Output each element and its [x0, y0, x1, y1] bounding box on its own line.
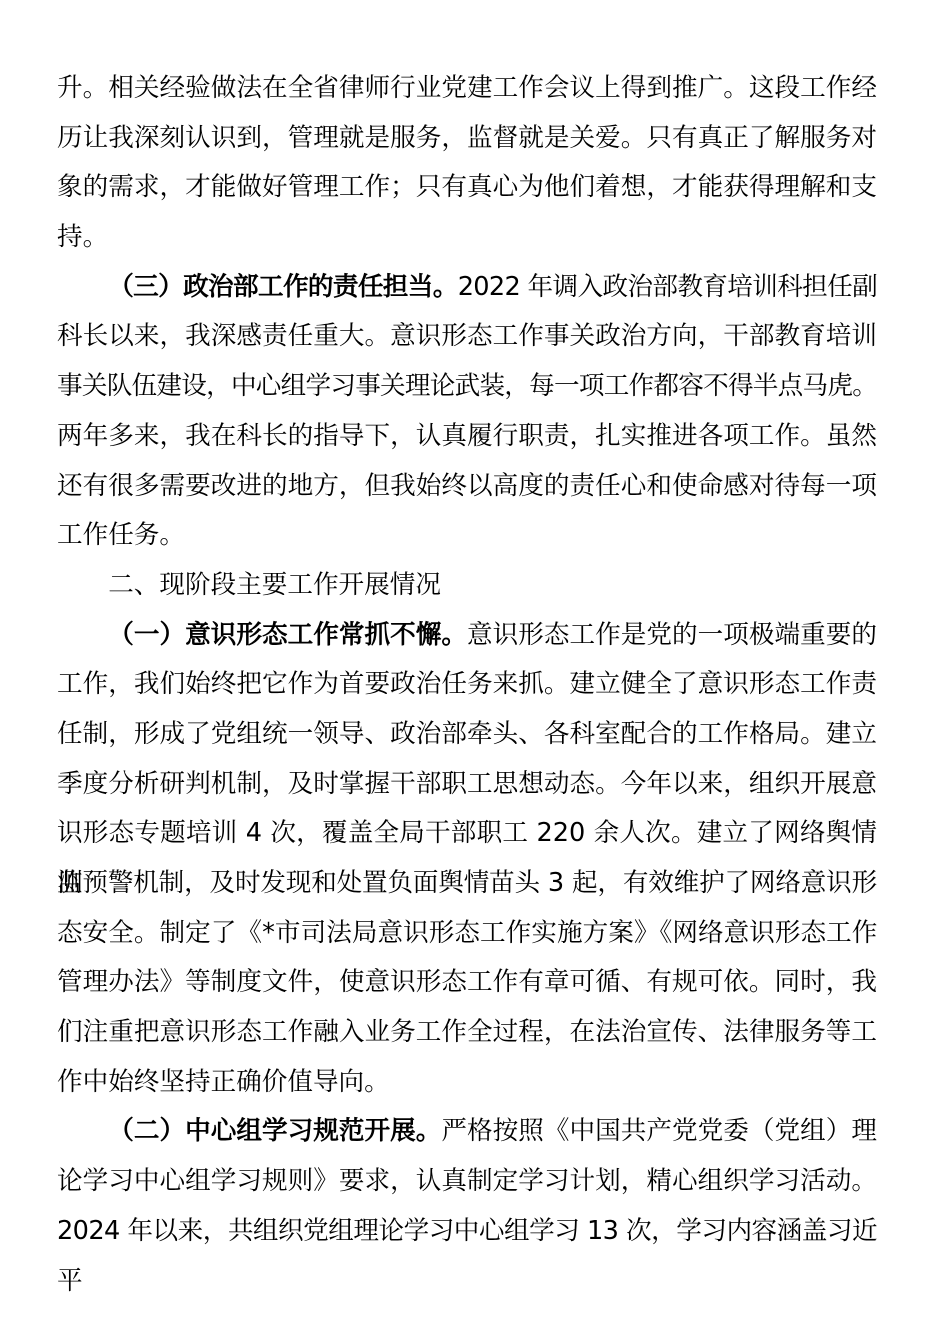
text-run: 作中始终坚持正确价值导向。 — [57, 1067, 390, 1097]
text-run: 态安全。制定了《*市司法局意识形态工作实施方案》《网络意识形态工作 — [57, 918, 877, 948]
text-run: 2024 年以来，共组织党组理论学习中心组学习 13 次，学习内容涵盖习近平 — [57, 1216, 877, 1296]
text-run: 论学习中心组学习规则》要求，认真制定学习计划，精心组织学习活动。 — [57, 1166, 877, 1196]
body-paragraph-continuation: 升。相关经验做法在全省律师行业党建工作会议上得到推广。这段工作经历让我深刻认识到… — [57, 64, 877, 263]
text-run: 还有很多需要改进的地方，但我始终以高度的责任心和使命感对待每一项 — [57, 471, 877, 501]
text-run: 意识形态工作是党的一项极端重要的 — [467, 620, 877, 650]
text-line: 论学习中心组学习规则》要求，认真制定学习计划，精心组织学习活动。 — [57, 1157, 877, 1207]
text-run: 管理办法》等制度文件，使意识形态工作有章可循、有规可依。同时，我 — [57, 967, 877, 997]
text-line: 工作，我们始终把它作为首要政治任务来抓。建立健全了意识形态工作责 — [57, 660, 877, 710]
text-line: 历让我深刻认识到，管理就是服务，监督就是关爱。只有真正了解服务对 — [57, 114, 877, 164]
text-run: 们注重把意识形态工作融入业务工作全过程，在法治宣传、法律服务等工 — [57, 1017, 877, 1047]
text-run: 升。相关经验做法在全省律师行业党建工作会议上得到推广。这段工作经 — [57, 73, 877, 103]
bold-heading-run: （三）政治部工作的责任担当。 — [108, 272, 458, 302]
text-run: 任制，形成了党组统一领导、政治部牵头、各科室配合的工作格局。建立 — [57, 719, 877, 749]
text-line: 测预警机制，及时发现和处置负面舆情苗头 3 起，有效维护了网络意识形 — [57, 859, 877, 909]
text-line: 2024 年以来，共组织党组理论学习中心组学习 13 次，学习内容涵盖习近平 — [57, 1207, 877, 1257]
text-run: 持。 — [57, 222, 108, 252]
text-run: 工作任务。 — [57, 520, 185, 550]
text-run: 2022 年调入政治部教育培训科担任副 — [458, 272, 877, 302]
text-run: 象的需求，才能做好管理工作；只有真心为他们着想，才能获得理解和支 — [57, 172, 877, 202]
text-line: 作中始终坚持正确价值导向。 — [57, 1058, 877, 1108]
text-run: 事关队伍建设，中心组学习事关理论武装，每一项工作都容不得半点马虎。 — [57, 371, 877, 401]
text-line: 科长以来，我深感责任重大。意识形态工作事关政治方向，干部教育培训 — [57, 312, 877, 362]
text-line: 还有很多需要改进的地方，但我始终以高度的责任心和使命感对待每一项 — [57, 462, 877, 512]
text-line: （三）政治部工作的责任担当。2022 年调入政治部教育培训科担任副 — [57, 263, 877, 313]
text-line: 象的需求，才能做好管理工作；只有真心为他们着想，才能获得理解和支 — [57, 163, 877, 213]
document-page: 升。相关经验做法在全省律师行业党建工作会议上得到推广。这段工作经历让我深刻认识到… — [0, 0, 950, 1344]
text-run: 严格按照《中国共产党党委（党组）理 — [441, 1116, 877, 1146]
text-run: 科长以来，我深感责任重大。意识形态工作事关政治方向，干部教育培训 — [57, 321, 877, 351]
text-line: 管理办法》等制度文件，使意识形态工作有章可循、有规可依。同时，我 — [57, 958, 877, 1008]
section-heading-2: 二、现阶段主要工作开展情况 — [57, 561, 877, 611]
text-line: 任制，形成了党组统一领导、政治部牵头、各科室配合的工作格局。建立 — [57, 710, 877, 760]
bold-heading-run: （二）中心组学习规范开展。 — [108, 1116, 441, 1146]
text-line: 两年多来，我在科长的指导下，认真履行职责，扎实推进各项工作。虽然 — [57, 412, 877, 462]
text-run: 两年多来，我在科长的指导下，认真履行职责，扎实推进各项工作。虽然 — [57, 421, 877, 451]
text-line: 们注重把意识形态工作融入业务工作全过程，在法治宣传、法律服务等工 — [57, 1008, 877, 1058]
body-paragraph-section-3: （三）政治部工作的责任担当。2022 年调入政治部教育培训科担任副科长以来，我深… — [57, 263, 877, 561]
body-paragraph-section-2: （二）中心组学习规范开展。严格按照《中国共产党党委（党组）理论学习中心组学习规则… — [57, 1107, 877, 1256]
bold-heading-run: （一）意识形态工作常抓不懈。 — [108, 620, 467, 650]
text-line: 事关队伍建设，中心组学习事关理论武装，每一项工作都容不得半点马虎。 — [57, 362, 877, 412]
body-paragraph-section-1: （一）意识形态工作常抓不懈。意识形态工作是党的一项极端重要的工作，我们始终把它作… — [57, 611, 877, 1108]
text-line: 工作任务。 — [57, 511, 877, 561]
text-line: 升。相关经验做法在全省律师行业党建工作会议上得到推广。这段工作经 — [57, 64, 877, 114]
text-run: 工作，我们始终把它作为首要政治任务来抓。建立健全了意识形态工作责 — [57, 669, 877, 699]
text-line: （二）中心组学习规范开展。严格按照《中国共产党党委（党组）理 — [57, 1107, 877, 1157]
text-line: 持。 — [57, 213, 877, 263]
text-line: 二、现阶段主要工作开展情况 — [57, 561, 877, 611]
text-line: 识形态专题培训 4 次，覆盖全局干部职工 220 余人次。建立了网络舆情监 — [57, 809, 877, 859]
text-line: 态安全。制定了《*市司法局意识形态工作实施方案》《网络意识形态工作 — [57, 909, 877, 959]
text-run: 历让我深刻认识到，管理就是服务，监督就是关爱。只有真正了解服务对 — [57, 123, 877, 153]
text-run: 季度分析研判机制，及时掌握干部职工思想动态。今年以来，组织开展意 — [57, 769, 877, 799]
text-line: 季度分析研判机制，及时掌握干部职工思想动态。今年以来，组织开展意 — [57, 760, 877, 810]
text-line: （一）意识形态工作常抓不懈。意识形态工作是党的一项极端重要的 — [57, 611, 877, 661]
text-run: 测预警机制，及时发现和处置负面舆情苗头 3 起，有效维护了网络意识形 — [57, 868, 877, 898]
text-run: 二、现阶段主要工作开展情况 — [108, 570, 441, 600]
